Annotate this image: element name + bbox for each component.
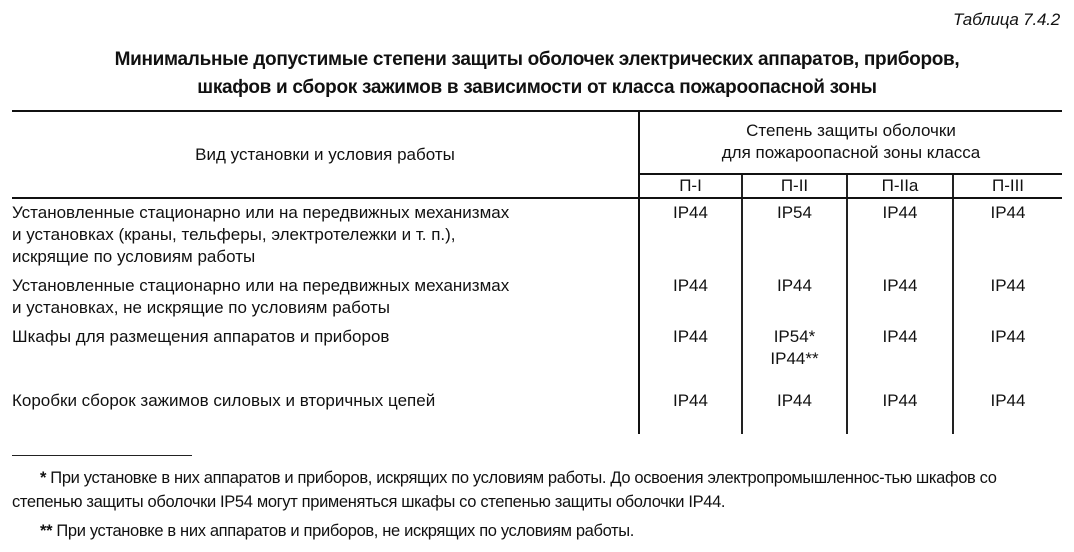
value-cell: IP44 [953,272,1062,323]
value-cell: IP54 [742,198,847,272]
row-description: Шкафы для размещения аппаратов и приборо… [12,323,639,387]
value-cell: IP44 [953,198,1062,272]
row-description: Установленные стационарно или на передви… [12,198,639,272]
value-cell: IP44 [847,387,953,434]
description-line: Установленные стационарно или на передви… [12,202,638,224]
table-row: Коробки сборок зажимов силовых и вторичн… [12,387,1062,434]
description-line: Коробки сборок зажимов силовых и вторичн… [12,390,638,412]
description-line: Установленные стационарно или на передви… [12,275,638,297]
footnote-mark: ** [40,522,52,540]
value-cell: IP44 [639,198,742,272]
footnote-text: При установке в них аппаратов и приборов… [12,469,997,511]
value-cell: IP44 [742,272,847,323]
column-header-class-p2: П-II [742,174,847,198]
protection-degree-table: Вид установки и условия работы Степень з… [12,110,1062,434]
group-header-line-1: Степень защиты оболочки [640,120,1062,142]
footnote-1: * При установке в них аппаратов и прибор… [12,466,1064,514]
footnote-separator [12,455,192,456]
column-header-class-p3: П-III [953,174,1062,198]
row-description: Установленные стационарно или на передви… [12,272,639,323]
table-title: Минимальные допустимые степени защиты об… [0,46,1074,102]
value-cell: IP44 [639,272,742,323]
footnotes: * При установке в них аппаратов и прибор… [12,466,1064,543]
value-primary: IP54* [743,326,846,348]
value-cell: IP44 [639,323,742,387]
value-cell: IP44 [953,323,1062,387]
description-line: искрящие по условиям работы [12,246,638,268]
value-cell: IP44 [847,198,953,272]
column-header-installation-type: Вид установки и условия работы [12,111,639,198]
table-row: Установленные стационарно или на передви… [12,272,1062,323]
value-cell: IP44 [953,387,1062,434]
description-line: Шкафы для размещения аппаратов и приборо… [12,326,638,348]
value-cell: IP44 [847,272,953,323]
column-header-class-p1: П-I [639,174,742,198]
row-description: Коробки сборок зажимов силовых и вторичн… [12,387,639,434]
table-title-line-2: шкафов и сборок зажимов в зависимости от… [0,74,1074,102]
value-cell: IP44 [639,387,742,434]
footnote-2: ** При установке в них аппаратов и прибо… [12,519,1064,543]
column-header-class-p2a: П-IIa [847,174,953,198]
value-cell: IP54* IP44** [742,323,847,387]
column-group-header-protection-degree: Степень защиты оболочки для пожароопасно… [639,111,1062,174]
value-cell: IP44 [847,323,953,387]
table-row: Шкафы для размещения аппаратов и приборо… [12,323,1062,387]
value-secondary: IP44** [743,348,846,370]
table-row: Установленные стационарно или на передви… [12,198,1062,272]
description-line: и установках (краны, тельферы, электроте… [12,224,638,246]
table-title-line-1: Минимальные допустимые степени защиты об… [0,46,1074,74]
description-line: и установках, не искрящие по условиям ра… [12,297,638,319]
value-cell: IP44 [742,387,847,434]
table-number: Таблица 7.4.2 [953,10,1060,30]
footnote-text: При установке в них аппаратов и приборов… [52,522,634,540]
group-header-line-2: для пожароопасной зоны класса [640,142,1062,164]
